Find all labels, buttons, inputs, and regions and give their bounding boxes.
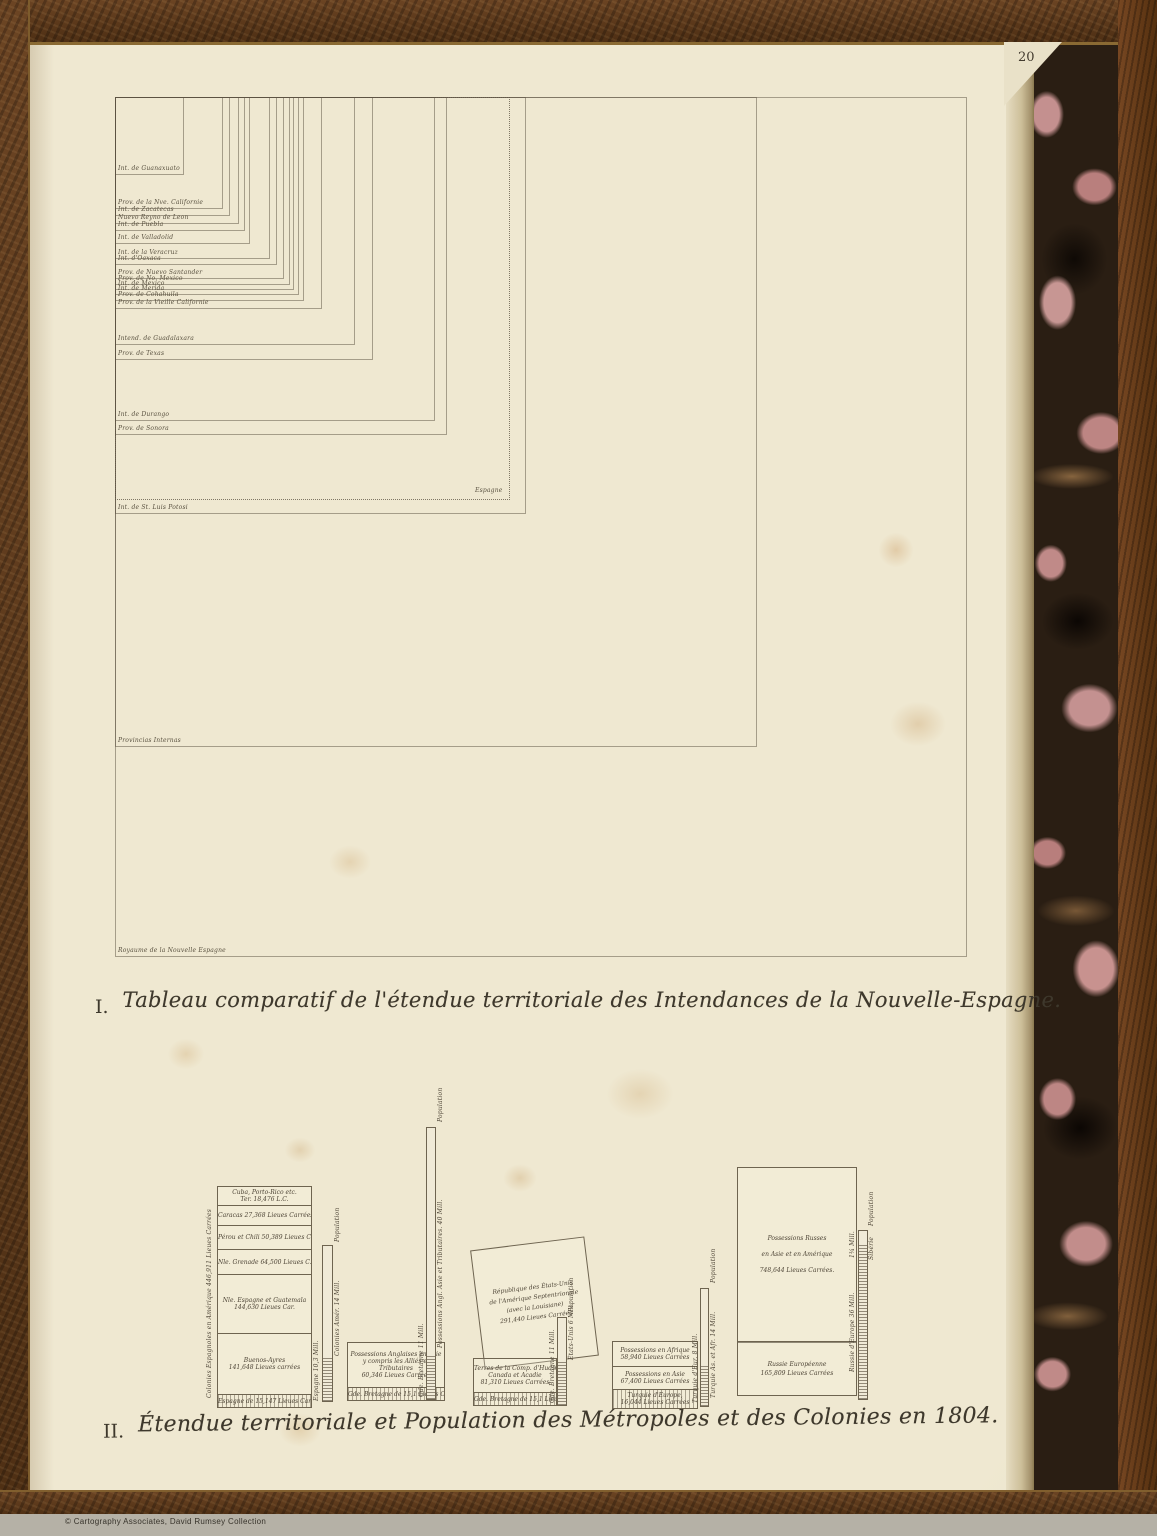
vertical-label: Espagne 10,3 Mill.: [313, 1340, 320, 1401]
vertical-label: Russie d'Europe 36 Mill.: [849, 1292, 856, 1372]
population-bar-metropole: [323, 1358, 332, 1401]
figure1-title-text: Tableau comparatif de l'étendue territor…: [123, 988, 1062, 1012]
population-bar-metropole: [859, 1243, 867, 1399]
figure2-segment: Espagne de 15,147 Lieues Car.: [218, 1395, 311, 1407]
vertical-label: Turquie d'Eur. 8 Mill.: [692, 1333, 699, 1403]
vertical-label: Population: [334, 1208, 341, 1242]
figure2-segment: Nle. Espagne et Guatemala144,630 Lieues …: [218, 1275, 311, 1334]
territory-label: Royaume de la Nouvelle Espagne: [118, 947, 226, 954]
vertical-label: Possessions Angl. Asie et Tributaires. 4…: [437, 1199, 444, 1348]
population-bar: [426, 1127, 436, 1400]
figure2-segment: Cuba, Porto-Rico etc.Ter. 18,476 L.C.: [218, 1187, 311, 1206]
figure1-nested-rectangles: Int. de GuanaxuatoProv. de la Nve. Calif…: [115, 97, 965, 955]
figure1-numeral: I.: [95, 996, 109, 1018]
figure2-segment: Buenos-Ayres141,648 Lieues carrées: [218, 1334, 311, 1395]
figure2-segment: Gde. Bretagne de 15,1 Lieues C.: [474, 1393, 556, 1405]
territory-rect: Royaume de la Nouvelle Espagne: [115, 97, 967, 957]
vertical-label: Population: [437, 1088, 444, 1122]
figure2-segment: Turquie d'Europe,16,044 Lieues Carrées: [613, 1390, 697, 1408]
figure2-stack: Cuba, Porto-Rico etc.Ter. 18,476 L.C.Car…: [217, 1186, 312, 1408]
figure2-segment: Caracas 27,368 Lieues Carrées: [218, 1206, 311, 1226]
figure2-stack: Possessions en Afrique58,940 Lieues Carr…: [612, 1341, 698, 1409]
figure2-numeral: II.: [103, 1420, 124, 1442]
population-bar: [557, 1317, 567, 1406]
figure2-box: République des États-Unisde l'Amérique S…: [470, 1236, 599, 1369]
figure2-box: Possessions Russesen Asie et en Amérique…: [737, 1167, 857, 1343]
page-number: 20: [1018, 50, 1035, 65]
vertical-label: Colonies Amér. 14 Mill.: [334, 1280, 341, 1356]
figure1-title: I. Tableau comparatif de l'étendue terri…: [95, 988, 975, 1018]
vertical-label: Gde. Bretagne 11 Mill.: [418, 1323, 425, 1397]
figure2-segment: Terres de la Comp. d'HudsonCanada et Aca…: [474, 1359, 556, 1393]
figure2-box: Russie Européenne165,809 Lieues Carrées: [737, 1341, 857, 1396]
page-content: 20 Int. de GuanaxuatoProv. de la Nve. Ca…: [0, 0, 1157, 1536]
vertical-label: Colonies Espagnoles en Amérique 446,911 …: [206, 1209, 213, 1398]
vertical-label: Population: [868, 1192, 875, 1226]
figure2-title: II. Étendue territoriale et Population d…: [103, 1403, 1003, 1442]
vertical-label: Turquie As. et Afr. 14 Mill.: [710, 1312, 717, 1398]
population-bar: [858, 1230, 868, 1400]
book-scan: © Cartography Associates, David Rumsey C…: [0, 0, 1157, 1536]
vertical-label: Population: [710, 1249, 717, 1283]
figure2-title-text: Étendue territoriale et Population des M…: [138, 1403, 999, 1437]
population-bar-metropole: [427, 1356, 435, 1399]
population-bar: [322, 1245, 333, 1402]
figure2-segment: Pérou et Chili 50,389 Lieues C.: [218, 1226, 311, 1250]
figure2-segment: Possessions en Afrique58,940 Lieues Carr…: [613, 1342, 697, 1367]
population-bar-metropole: [558, 1361, 566, 1405]
vertical-label: 1¾ Mill.: [849, 1231, 856, 1258]
population-bar: [700, 1288, 709, 1407]
vertical-label: Gde. Bretagne 11 Mill.: [549, 1329, 556, 1403]
vertical-label: Sibérie: [868, 1237, 875, 1260]
figure2-segment: Nle. Grenade 64,500 Lieues C.: [218, 1250, 311, 1275]
vertical-label: États-Unis 6 Mill.: [568, 1303, 575, 1360]
population-bar-metropole: [701, 1364, 708, 1406]
figure2-segment: Possessions en Asie67,400 Lieues Carrées: [613, 1367, 697, 1390]
figure2-stack: Terres de la Comp. d'HudsonCanada et Aca…: [473, 1358, 557, 1406]
